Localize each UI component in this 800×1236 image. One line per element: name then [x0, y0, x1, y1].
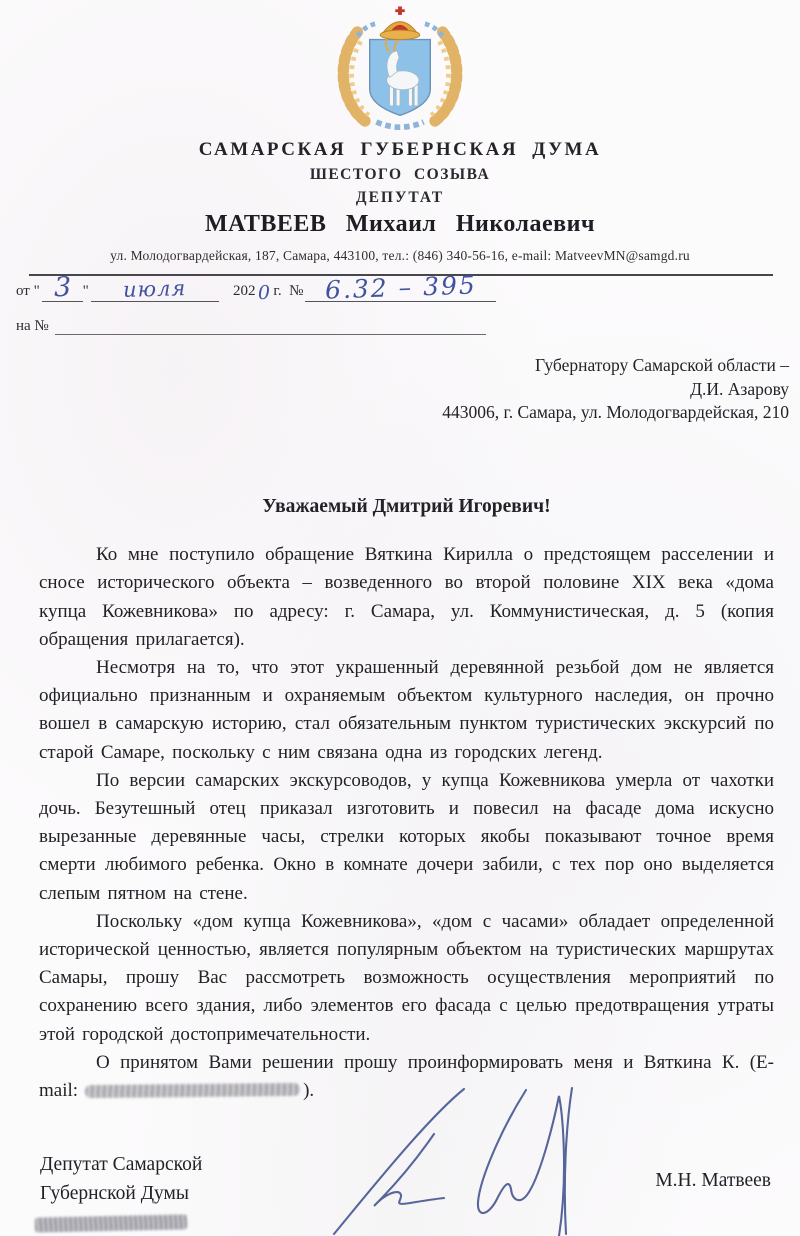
addressee-address: 443006, г. Самара, ул. Молодогвардейская…	[442, 401, 789, 425]
reply-reference-line: на №	[16, 316, 486, 335]
contact-line: ул. Молодогвардейская, 187, Самара, 4431…	[0, 248, 800, 264]
scanned-letter-page: САМАРСКАЯ ГУБЕРНСКАЯ ДУМА ШЕСТОГО СОЗЫВА…	[0, 0, 800, 1236]
deputy-name: МАТВЕЕВ Михаил Николаевич	[0, 211, 800, 238]
body-paragraph-4: Поскольку «дом купца Кожевникова», «дом …	[39, 908, 774, 1049]
year-suffix: г. №	[270, 283, 306, 302]
quote-close: "	[83, 283, 91, 302]
handwritten-number: 6.32 – 395	[324, 273, 477, 302]
body-paragraph-3: По версии самарских экскурсоводов, у куп…	[39, 767, 774, 908]
signer-title-line1: Депутат Самарской	[40, 1150, 202, 1179]
letter-body: Уважаемый Дмитрий Игоревич! Ко мне посту…	[39, 493, 774, 1105]
date-day-blank: 3	[42, 276, 83, 302]
signer-name: М.Н. Матвеев	[655, 1170, 771, 1192]
reply-blank-line	[55, 316, 486, 335]
reply-label: на №	[16, 318, 55, 335]
signature-autograph	[322, 1086, 598, 1236]
handwritten-day: 3	[53, 276, 71, 300]
doc-number-blank: 6.32 – 395	[305, 276, 496, 302]
from-label: от "	[16, 283, 42, 302]
handwritten-month: июля	[123, 277, 187, 301]
coat-of-arms	[329, 4, 471, 132]
redacted-email	[85, 1083, 300, 1098]
closing-text-after: ).	[303, 1080, 314, 1101]
salutation: Уважаемый Дмитрий Игоревич!	[39, 493, 774, 521]
body-paragraph-1: Ко мне поступило обращение Вяткина Кирил…	[39, 541, 774, 654]
signer-title-line2: Губернской Думы	[40, 1179, 202, 1208]
date-month-blank: июля	[91, 278, 219, 302]
handwritten-year-digit: 0	[257, 284, 270, 302]
addressee-name: Д.И. Азарову	[442, 378, 789, 402]
role-line: ДЕПУТАТ	[0, 189, 800, 207]
imperial-crown-icon	[380, 6, 420, 39]
redacted-contact-strip	[35, 1214, 187, 1232]
reference-line: от " 3 " июля 202 0 г. № 6.32 – 395	[16, 276, 496, 302]
convocation-line: ШЕСТОГО СОЗЫВА	[0, 166, 800, 184]
body-paragraph-2: Несмотря на то, что этот украшенный дере…	[39, 654, 774, 767]
addressee-block: Губернатору Самарской области – Д.И. Аза…	[442, 354, 789, 425]
addressee-title: Губернатору Самарской области –	[442, 354, 789, 378]
org-title: САМАРСКАЯ ГУБЕРНСКАЯ ДУМА	[0, 139, 800, 161]
signer-title-block: Депутат Самарской Губернской Думы	[40, 1150, 202, 1208]
year-printed: 202	[219, 283, 258, 302]
